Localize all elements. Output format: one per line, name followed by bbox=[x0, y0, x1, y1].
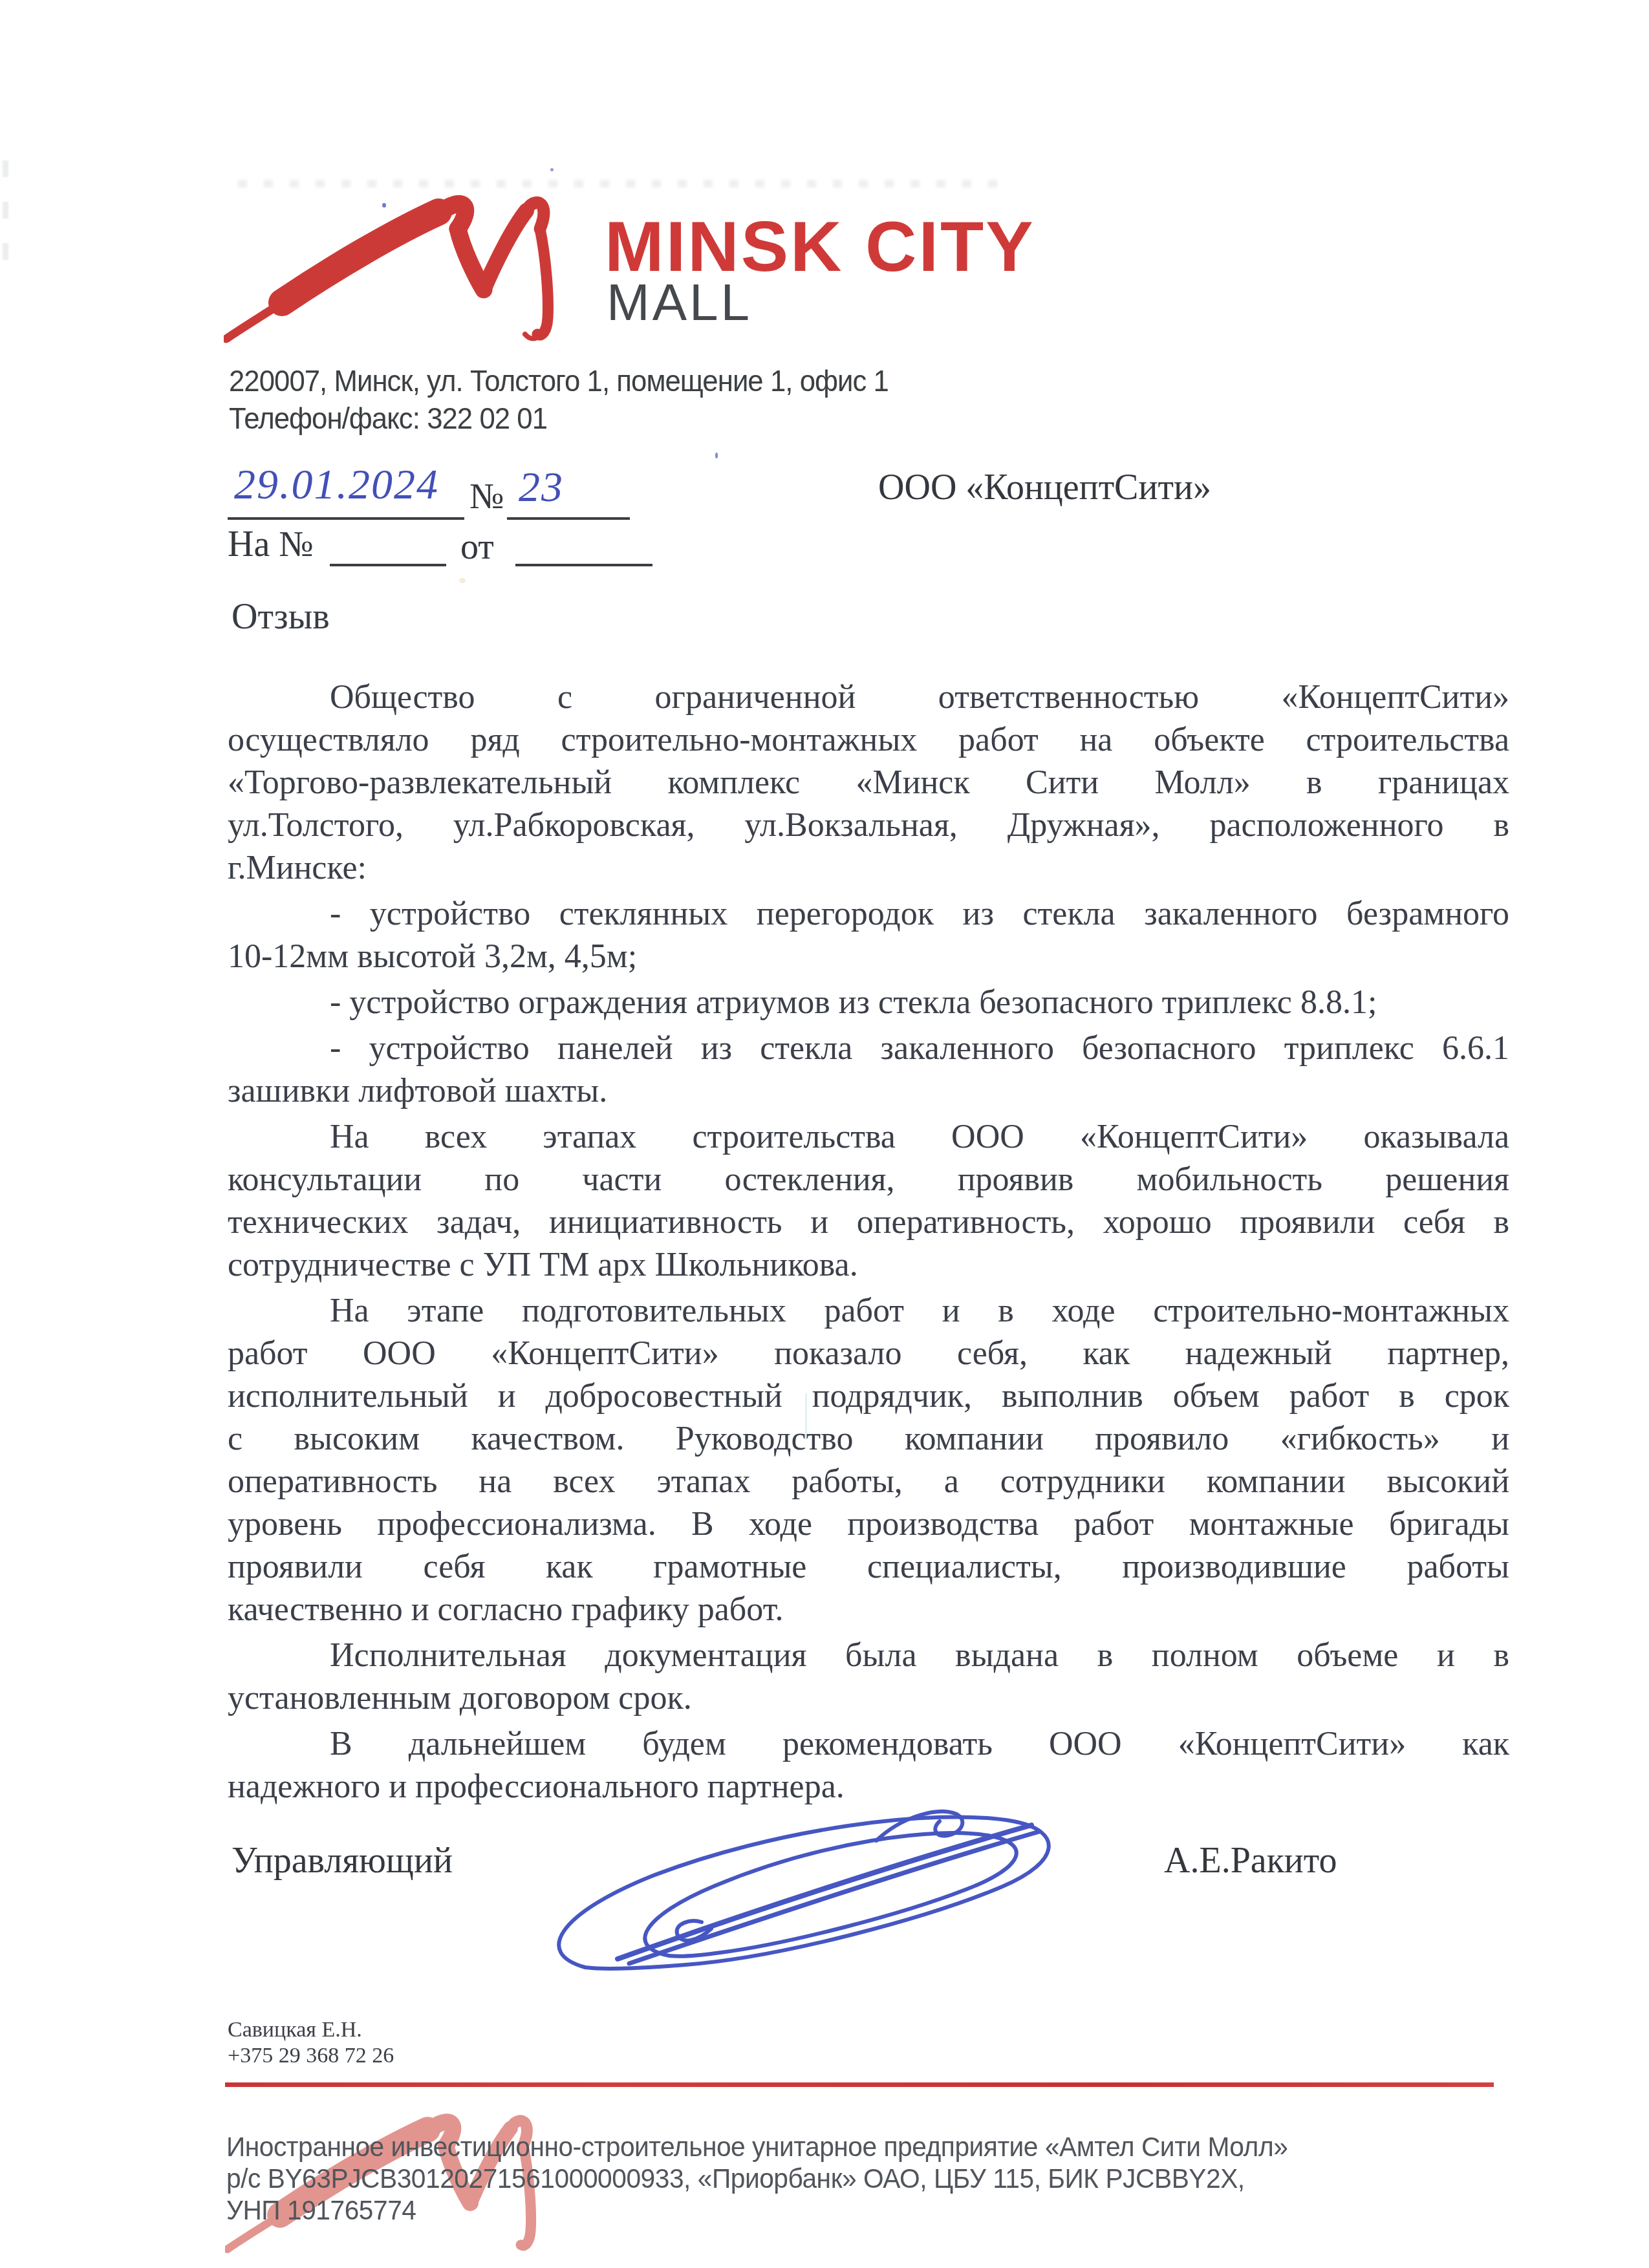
company-phone: Телефон/факс: 322 02 01 bbox=[229, 400, 889, 437]
body-line: оперативность на всех этапах работы, а с… bbox=[228, 1460, 1509, 1503]
signer-position-label: Управляющий bbox=[232, 1840, 453, 1881]
body-line: исполнительный и добросовестный подрядчи… bbox=[228, 1375, 1509, 1418]
outgoing-number-text: 23 bbox=[519, 464, 564, 511]
paragraph: - устройство панелей из стекла закаленно… bbox=[228, 1027, 1509, 1113]
executor-phone: +375 29 368 72 26 bbox=[228, 2043, 394, 2069]
document-title: Отзыв bbox=[232, 596, 330, 637]
scan-scratch bbox=[805, 1393, 807, 1440]
outgoing-date-text: 29.01.2024 bbox=[234, 461, 439, 508]
scan-edge-marks bbox=[3, 160, 8, 273]
footer-text-block: Иностранное инвестиционно-строительное у… bbox=[226, 2131, 1320, 2226]
body-line: «Торгово-развлекательный комплекс «Минск… bbox=[228, 762, 1509, 804]
recipient-name: ООО «КонцептСити» bbox=[878, 467, 1211, 508]
paper-speck bbox=[459, 578, 466, 583]
body-line: На этапе подготовительных работ и в ходе… bbox=[228, 1290, 1509, 1332]
body-line: консультации по части остекления, прояви… bbox=[228, 1159, 1509, 1201]
paragraph: - устройство ограждения атриумов из стек… bbox=[228, 981, 1509, 1024]
scan-ghost-smudge bbox=[238, 180, 1008, 187]
body-line: 10-12мм высотой 3,2м, 4,5м; bbox=[228, 936, 1509, 978]
body-line: - устройство ограждения атриумов из стек… bbox=[228, 981, 1509, 1024]
paragraph: Исполнительная документация была выдана … bbox=[228, 1634, 1509, 1720]
m-swoosh-icon bbox=[224, 191, 566, 347]
footer-divider bbox=[225, 2082, 1494, 2087]
paragraph: - устройство стеклянных перегородок из с… bbox=[228, 893, 1509, 978]
sender-block: 220007, Минск, ул. Толстого 1, помещение… bbox=[229, 362, 923, 437]
reply-from-label: от bbox=[460, 526, 494, 568]
body-line: Исполнительная документация была выдана … bbox=[228, 1634, 1509, 1677]
body-line: ул.Толстого, ул.Рабкоровская, ул.Вокзаль… bbox=[228, 804, 1509, 847]
reply-number-label: На № bbox=[228, 524, 314, 565]
body-line: сотрудничестве с УП ТМ арх Школьникова. bbox=[228, 1244, 1509, 1287]
executor-name: Савицкая Е.Н. bbox=[228, 2017, 394, 2043]
footer-unp-line: УНП 191765774 bbox=[226, 2194, 1288, 2226]
ink-speck bbox=[550, 168, 554, 171]
signer-name: А.Е.Ракито bbox=[1164, 1840, 1337, 1881]
ink-speck bbox=[715, 453, 718, 458]
outgoing-number-handwritten: 23 bbox=[519, 463, 564, 512]
brand-subname: MALL bbox=[607, 273, 752, 332]
ink-speck bbox=[382, 203, 386, 208]
body-line: работ ООО «КонцептСити» показало себя, к… bbox=[228, 1332, 1509, 1375]
signature-ink-scribble bbox=[514, 1801, 1109, 1975]
letter-body: Общество с ограниченной ответственностью… bbox=[228, 676, 1509, 1808]
body-line: - устройство стеклянных перегородок из с… bbox=[228, 893, 1509, 936]
scanned-letter-page: { "document": { "logo": { "icon": "m-swo… bbox=[0, 0, 1649, 2268]
footer-company-line: Иностранное инвестиционно-строительное у… bbox=[226, 2131, 1288, 2163]
paragraph: Общество с ограниченной ответственностью… bbox=[228, 676, 1509, 890]
body-line: осуществляло ряд строительно-монтажных р… bbox=[228, 719, 1509, 762]
reply-date-underline bbox=[515, 564, 652, 566]
company-address: 220007, Минск, ул. Толстого 1, помещение… bbox=[229, 362, 889, 400]
paragraph: В дальнейшем будем рекомендовать ООО «Ко… bbox=[228, 1723, 1509, 1808]
number-underline bbox=[507, 517, 630, 520]
body-line: качественно и согласно графику работ. bbox=[228, 1589, 1509, 1631]
body-line: уровень профессионализма. В ходе произво… bbox=[228, 1503, 1509, 1546]
body-line: технических задач, инициативность и опер… bbox=[228, 1201, 1509, 1244]
footer-bank-line: р/с BY63PJCB30120271561000000933, «Приор… bbox=[226, 2163, 1288, 2194]
body-line: Общество с ограниченной ответственностью… bbox=[228, 676, 1509, 719]
brand-subname-text: MALL bbox=[607, 273, 752, 331]
body-line: В дальнейшем будем рекомендовать ООО «Ко… bbox=[228, 1723, 1509, 1766]
body-line: г.Минске: bbox=[228, 847, 1509, 890]
outgoing-date-handwritten: 29.01.2024 bbox=[234, 460, 439, 509]
body-line: зашивки лифтовой шахты. bbox=[228, 1070, 1509, 1113]
paragraph: На этапе подготовительных работ и в ходе… bbox=[228, 1290, 1509, 1631]
body-line: проявили себя как грамотные специалисты,… bbox=[228, 1546, 1509, 1589]
date-underline bbox=[228, 517, 464, 520]
number-sign: № bbox=[469, 476, 504, 517]
paragraph: На всех этапах строительства ООО «Концеп… bbox=[228, 1116, 1509, 1287]
body-line: На всех этапах строительства ООО «Концеп… bbox=[228, 1116, 1509, 1159]
executor-block: Савицкая Е.Н. +375 29 368 72 26 bbox=[228, 2017, 394, 2069]
reply-number-underline bbox=[330, 564, 446, 566]
body-line: - устройство панелей из стекла закаленно… bbox=[228, 1027, 1509, 1070]
body-line: установленным договором срок. bbox=[228, 1677, 1509, 1720]
body-line: с высоким качеством. Руководство компани… bbox=[228, 1418, 1509, 1460]
